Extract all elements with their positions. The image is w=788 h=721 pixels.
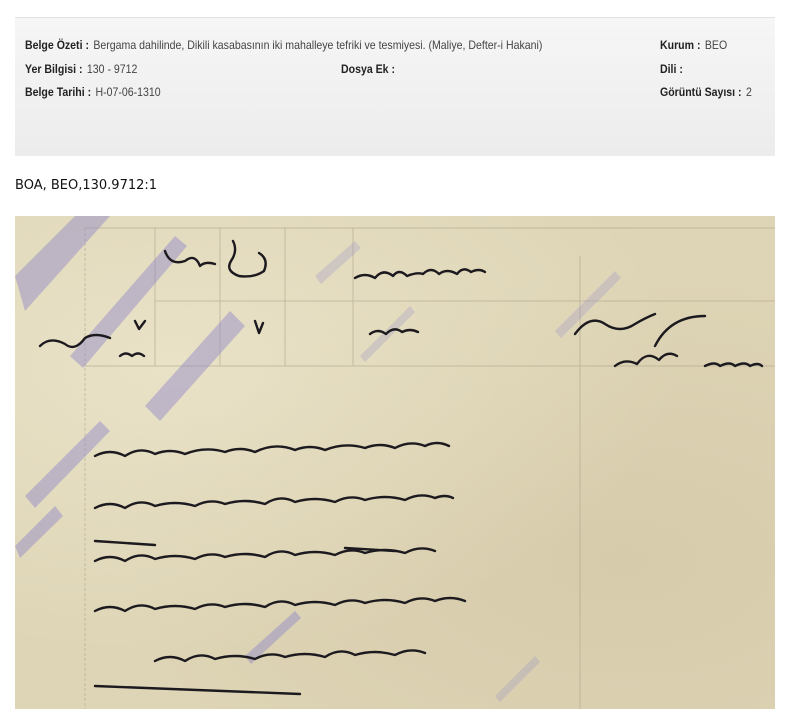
date-value: H-07-06-1310 — [96, 85, 161, 99]
image-count-row: Görüntü Sayısı :2 — [660, 85, 752, 99]
language-row: Dili : — [660, 62, 687, 76]
archive-stamps — [15, 216, 301, 664]
form-grid-lines — [85, 228, 775, 709]
institution-value: BEO — [705, 38, 727, 52]
faint-stamps — [315, 241, 621, 702]
document-metadata-panel: Belge Özeti :Bergama dahilinde, Dikili k… — [15, 17, 775, 156]
location-label: Yer Bilgisi : — [25, 62, 83, 76]
handwriting-strokes — [40, 241, 762, 694]
institution-label: Kurum : — [660, 38, 700, 52]
scanned-document-image[interactable] — [15, 216, 775, 709]
location-value: 130 - 9712 — [87, 62, 138, 76]
file-attachment-row: Dosya Ek : — [341, 62, 399, 76]
date-label: Belge Tarihi : — [25, 85, 91, 99]
image-count-label: Görüntü Sayısı : — [660, 85, 742, 99]
date-row: Belge Tarihi :H-07-06-1310 — [25, 85, 161, 99]
summary-row: Belge Özeti :Bergama dahilinde, Dikili k… — [25, 38, 542, 52]
image-count-value: 2 — [746, 85, 752, 99]
manuscript-graphic — [15, 216, 775, 709]
summary-value: Bergama dahilinde, Dikili kasabasının ik… — [93, 38, 542, 52]
location-row: Yer Bilgisi :130 - 9712 — [25, 62, 315, 76]
institution-row: Kurum :BEO — [660, 38, 727, 52]
file-attachment-label: Dosya Ek : — [341, 62, 395, 76]
summary-label: Belge Özeti : — [25, 38, 89, 52]
language-label: Dili : — [660, 62, 683, 76]
document-reference-caption: BOA, BEO,130.9712:1 — [15, 178, 157, 193]
